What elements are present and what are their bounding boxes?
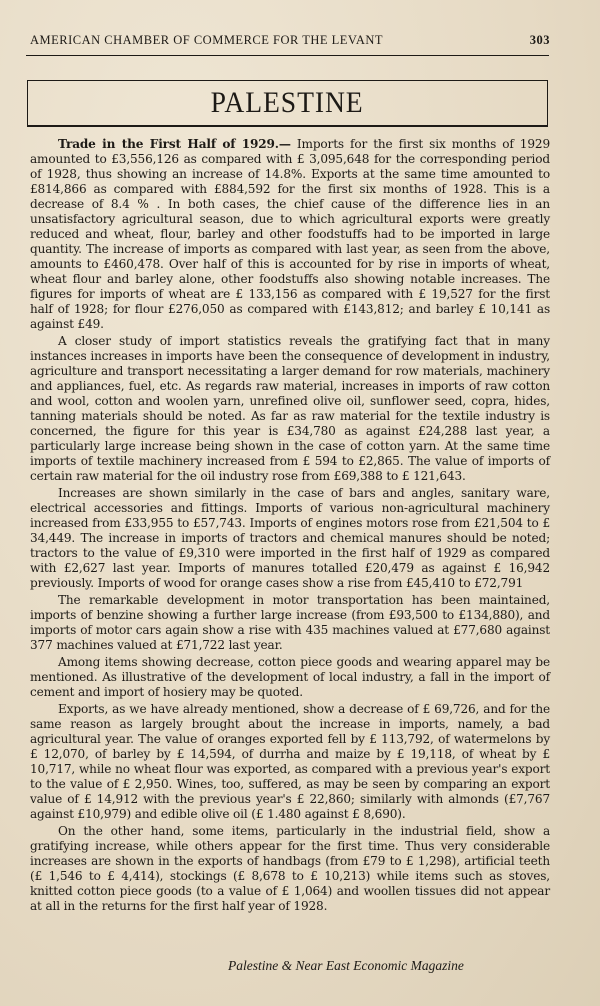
document-page: AMERICAN CHAMBER OF COMMERCE FOR THE LEV…	[0, 0, 600, 1006]
paragraph-2: A closer study of import statistics reve…	[30, 334, 550, 484]
title-box: PALESTINE	[27, 80, 548, 127]
paragraph-6: Exports, as we have already mentioned, s…	[30, 702, 550, 822]
running-title: AMERICAN CHAMBER OF COMMERCE FOR THE LEV…	[30, 33, 383, 48]
paragraph-5: Among items showing decrease, cotton pie…	[30, 655, 550, 700]
page-number: 303	[530, 33, 550, 48]
paragraph-text: Imports for the first six months of 1929…	[30, 137, 550, 331]
source-attribution: Palestine & Near East Economic Magazine	[228, 958, 548, 974]
paragraph-1: Trade in the First Half of 1929.— Import…	[30, 137, 550, 332]
header-rule	[26, 55, 549, 56]
paragraph-4: The remarkable development in motor tran…	[30, 593, 550, 653]
paragraph-3: Increases are shown similarly in the cas…	[30, 486, 550, 591]
section-heading: Trade in the First Half of 1929.—	[58, 137, 291, 151]
paragraph-7: On the other hand, some items, particula…	[30, 824, 550, 914]
running-header: AMERICAN CHAMBER OF COMMERCE FOR THE LEV…	[30, 33, 550, 48]
page-title: PALESTINE	[211, 86, 364, 120]
article-body: Trade in the First Half of 1929.— Import…	[30, 137, 550, 916]
